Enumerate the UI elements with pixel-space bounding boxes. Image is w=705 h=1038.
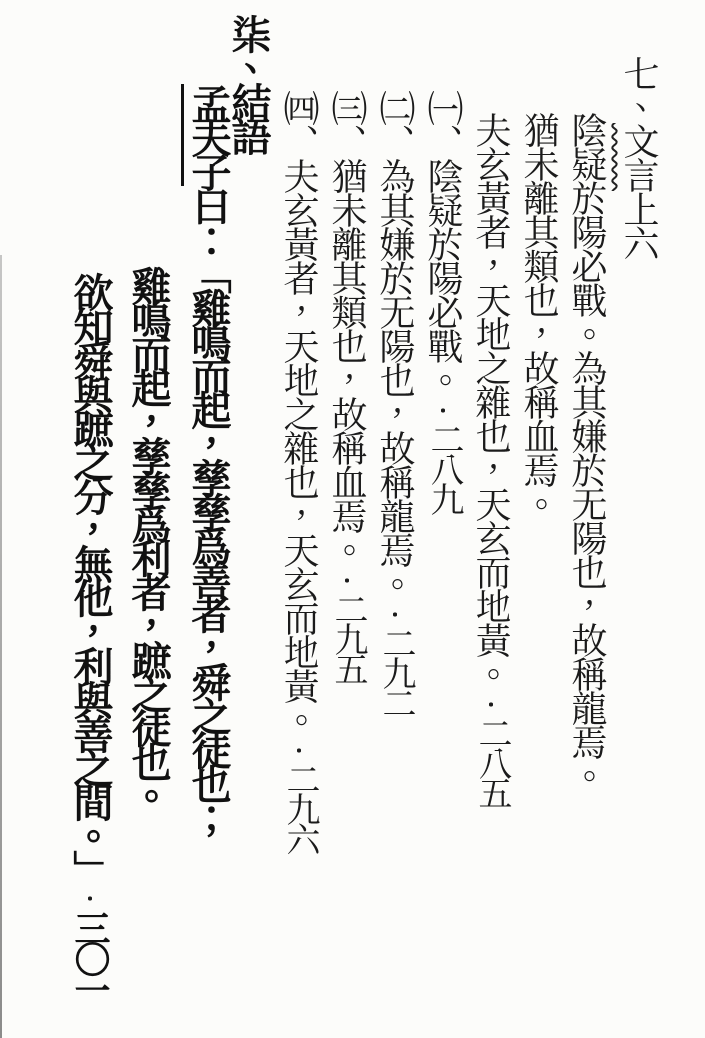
- page-number: 二九二: [372, 626, 418, 716]
- item-text: 陰疑於陽必戰。: [420, 158, 466, 396]
- dotted-leader: [324, 575, 370, 583]
- dotted-leader: [276, 745, 322, 753]
- dotted-leader: [420, 405, 466, 413]
- item-number: ㈡、: [372, 90, 418, 158]
- toc-item-1: ㈠、 陰疑於陽必戰。 二八九: [420, 90, 466, 990]
- item-number: ㈠、: [420, 90, 466, 158]
- item-number: ㈣、: [276, 90, 322, 158]
- page-number: 三〇一: [64, 910, 116, 1003]
- section-number: 七、: [619, 55, 659, 123]
- body-text-line: 陰疑於陽必戰。為其嫌於无陽也，故稱龍焉。: [564, 112, 610, 792]
- page-number: 二九六: [276, 762, 322, 852]
- toc-item-2: ㈡、 為其嫌於无陽也，故稱龍焉。 二九二: [372, 90, 418, 990]
- body-text-line-with-page: 夫玄黃者，天地之雜也，天玄而地黃。 二八五: [468, 112, 514, 990]
- body-text-line: 猶未離其類也，故稱血焉。: [516, 112, 562, 520]
- quote-text: 曰：「雞鳴而起，孳孳爲善者，舜之徒也；: [186, 186, 230, 832]
- scan-edge-artifact: [0, 255, 2, 1038]
- quote-line-2: 雞鳴而起，孳孳爲利者，蹠之徒也。: [122, 266, 174, 810]
- proper-noun-mencius: 孟夫子: [186, 84, 230, 186]
- toc-item-4: ㈣、 夫玄黃者，天地之雜也，天玄而地黃。 二九六: [276, 90, 322, 990]
- page-number: 二九五: [324, 592, 370, 682]
- book-title-wenyan: 文言: [619, 123, 659, 191]
- item-text: 猶未離其類也，故稱血焉。: [324, 158, 370, 566]
- quote-text: 欲知舜與蹠之分，無他，利與善之間。」: [64, 272, 116, 884]
- book-toc-page: 七、文言上六 陰疑於陽必戰。為其嫌於无陽也，故稱龍焉。 猶未離其類也，故稱血焉。…: [0, 0, 705, 1038]
- dotted-leader: [372, 609, 418, 617]
- body-text: 夫玄黃者，天地之雜也，天玄而地黃。: [468, 112, 514, 690]
- section-heading-wenyan: 七、文言上六: [616, 55, 662, 259]
- page-number: 二八九: [420, 422, 466, 512]
- item-text: 夫玄黃者，天地之雜也，天玄而地黃。: [276, 158, 322, 736]
- dotted-leader: [64, 893, 116, 901]
- quote-line-3-with-page: 欲知舜與蹠之分，無他，利與善之間。」 三〇一: [64, 272, 116, 990]
- dotted-leader: [468, 699, 514, 707]
- item-number: ㈢、: [324, 90, 370, 158]
- page-number: 二八五: [468, 716, 514, 806]
- section-heading-rest: 上六: [619, 191, 659, 259]
- item-text: 為其嫌於无陽也，故稱龍焉。: [372, 158, 418, 600]
- quote-line-1: 孟夫子曰：「雞鳴而起，孳孳爲善者，舜之徒也；: [182, 84, 234, 832]
- toc-item-3: ㈢、 猶未離其類也，故稱血焉。 二九五: [324, 90, 370, 990]
